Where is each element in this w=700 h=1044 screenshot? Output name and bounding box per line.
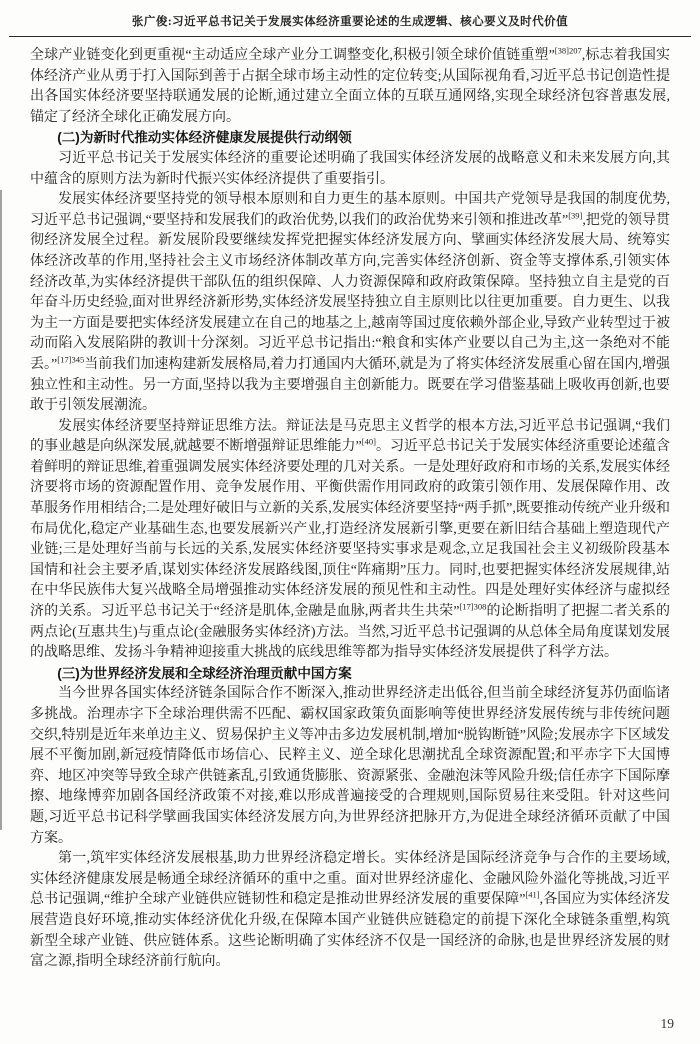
header-rule [9,36,691,37]
paper-page: 张广俊:习近平总书记关于发展实体经济重要论述的生成逻辑、核心要义及时代价值 全球… [0,0,700,1044]
paragraph: 发展实体经济要坚持辩证思维方法。辩证法是马克思主义哲学的根本方法,习近平总书记强… [30,417,670,664]
scan-edge-artifact [0,190,2,830]
section-heading: (二)为新时代推动实体经济健康发展提供行动纲领 [30,128,670,149]
paragraph: 发展实体经济要坚持党的领导根本原则和自力更生的基本原则。中国共产党领导是我国的制… [30,190,670,417]
citation-ref: [17]345 [57,354,84,364]
citation-ref: [40] [362,437,376,447]
running-header: 张广俊:习近平总书记关于发展实体经济重要论述的生成逻辑、核心要义及时代价值 [0,0,700,29]
page-number: 19 [661,1016,675,1032]
paragraph: 全球产业链变化到更重视“主动适应全球产业分工调整变化,积极引领全球价值链重塑”[… [30,46,670,128]
article-body: 全球产业链变化到更重视“主动适应全球产业分工调整变化,积极引领全球价值链重塑”[… [30,46,670,973]
paragraph: 当今世界各国实体经济链条国际合作不断深入,推动世界经济走出低谷,但当前全球经济复… [30,684,670,849]
paragraph: 习近平总书记关于发展实体经济的重要论述明确了我国实体经济发展的战略意义和未来发展… [30,149,670,190]
citation-ref: [17]308 [459,601,486,611]
citation-ref: [41] [525,890,539,900]
paragraph: 第一,筑牢实体经济发展根基,助力世界经济稳定增长。实体经济是国际经济竞争与合作的… [30,849,670,973]
citation-ref: [38]207 [555,45,582,55]
section-heading: (三)为世界经济发展和全球经济治理贡献中国方案 [30,664,670,685]
citation-ref: [39] [568,210,582,220]
